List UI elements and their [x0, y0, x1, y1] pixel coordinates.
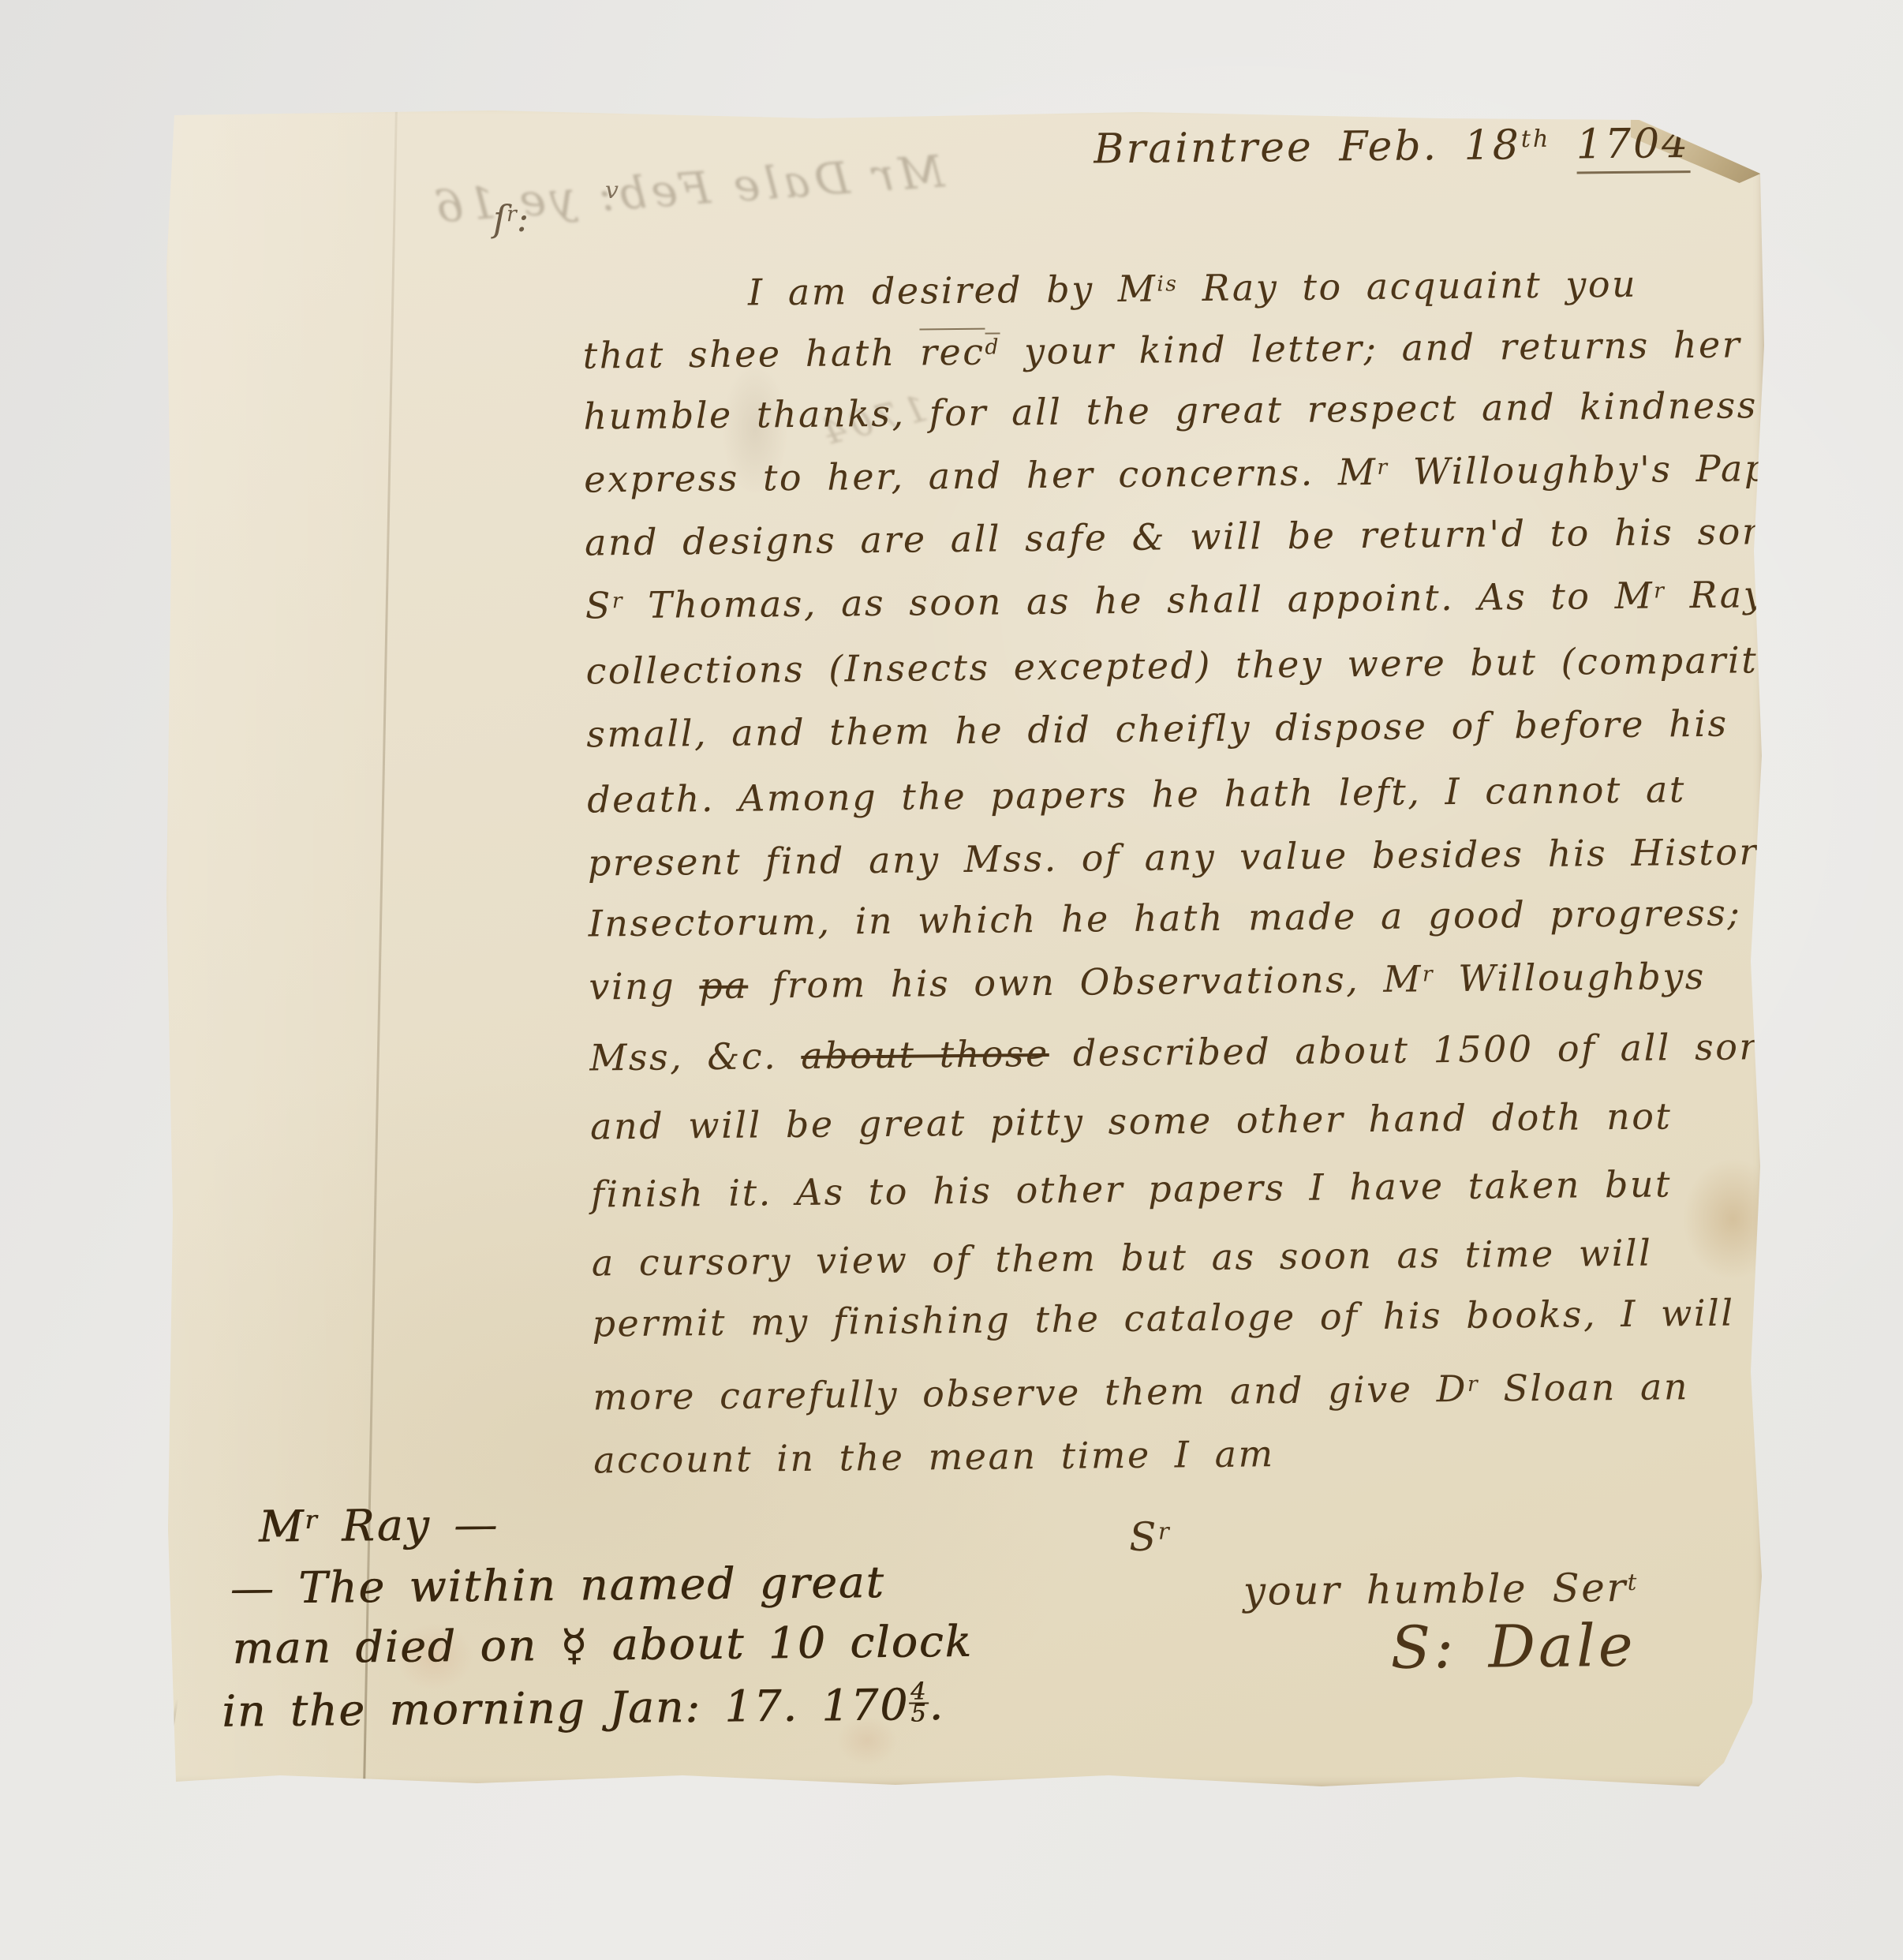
text-segment: express to her, and her concerns. M [584, 451, 1378, 501]
closing-valediction: your humble Sert [1243, 1568, 1639, 1611]
text-segment: rec [920, 328, 985, 374]
text-segment: I am desired by M [748, 267, 1157, 314]
letter-line: that shee hath recd your kind letter; an… [583, 326, 1742, 373]
text-segment: humble thanks, for all the great respect… [583, 383, 1853, 437]
letter-paper: Mr Dale Feb: ye 16 1704 ſr: v Braintree … [162, 109, 1765, 1791]
text-segment: Sloan an [1479, 1365, 1689, 1410]
text-segment: Braintree Feb. 18 [1094, 122, 1521, 173]
text-segment: S [585, 584, 613, 627]
text-segment: — The within named great [230, 1557, 884, 1614]
text-segment: present find any Mss. of any value besid… [588, 830, 1769, 884]
letter-line: present find any Mss. of any value besid… [588, 833, 1768, 881]
text-segment: collections (Insects excepted) they were… [585, 638, 1870, 693]
letter-line: ving pa from his own Observations, Mr Wi… [589, 958, 1706, 1005]
text-segment: r [1467, 1371, 1480, 1396]
letter-body: I am desired by Mis Ray to acquaint yout… [155, 102, 1758, 118]
text-segment: Mss, &c. [589, 1034, 802, 1079]
letter-line: small, and them he did cheifly dispose o… [586, 705, 1729, 753]
text-segment: in the morning Jan: 17. 170 [222, 1679, 910, 1736]
letter-line: account in the mean time I am [593, 1435, 1275, 1478]
signature: S: Dale [1390, 1617, 1636, 1678]
text-segment: 45 [909, 1681, 929, 1724]
annotation-line: man died on ☿ about 10 clock [232, 1620, 973, 1670]
letter-line: Insectorum, in which he hath made a good… [588, 893, 1828, 941]
text-segment: small, and them he did cheifly dispose o… [586, 702, 1729, 756]
text-segment: t [1627, 1568, 1638, 1595]
text-segment [1550, 121, 1576, 168]
annotation-line: in the morning Jan: 17. 17045. [222, 1681, 944, 1733]
letter-line: and will be great pitty some other hand … [590, 1098, 1673, 1144]
text-segment: Insectorum, in which he hath made a good… [588, 890, 1828, 944]
letter-line: a cursory view of them but as soon as ti… [592, 1235, 1653, 1281]
text-segment: pa [699, 964, 748, 1008]
photo-background: Mr Dale Feb: ye 16 1704 ſr: v Braintree … [0, 0, 1903, 1960]
letter-line: and designs are all safe & will be retur… [585, 513, 1767, 560]
letter-ink-layer: Braintree Feb. 18th 1704 I am desired by… [155, 102, 1774, 1799]
text-segment: r [1423, 962, 1435, 986]
letter-line: death. Among the papers he hath left, I … [587, 771, 1686, 817]
letter-line: Sr Thomas, as soon as he shall appoint. … [585, 576, 1787, 624]
dateline: Braintree Feb. 18th 1704 [1094, 123, 1690, 170]
text-segment: that shee hath [583, 331, 921, 376]
text-segment: ☿ [560, 1620, 589, 1670]
postscript-annotation: Mr Ray —— The within named greatman died… [155, 102, 1758, 118]
letter-line: Mss, &c. about those described about 150… [589, 1028, 1796, 1076]
closing-salutation: Sr [1129, 1517, 1172, 1557]
text-segment: is [1157, 271, 1179, 296]
text-segment: r [1158, 1517, 1172, 1544]
text-segment: Willoughby's Papers [1389, 446, 1833, 492]
text-segment: about those [801, 1032, 1049, 1077]
text-segment: r [1654, 578, 1666, 603]
text-segment: S: Dale [1390, 1612, 1636, 1682]
letter-line: humble thanks, for all the great respect… [583, 386, 1853, 434]
text-segment: . [929, 1679, 944, 1730]
text-segment: and designs are all safe & will be retur… [585, 510, 1767, 563]
text-segment: Rays [1666, 573, 1786, 616]
annotation-line: — The within named great [230, 1561, 884, 1610]
text-segment: Ray — [318, 1499, 499, 1551]
text-segment: r [1377, 454, 1389, 479]
text-segment: d [985, 332, 1000, 359]
text-segment: Ray to acquaint you [1178, 263, 1637, 310]
annotation-line: Mr Ray — [259, 1503, 499, 1549]
text-segment: ving [589, 964, 699, 1008]
text-segment: from his own Observations, M [748, 957, 1423, 1006]
letter-line: collections (Insects excepted) they were… [585, 641, 1870, 690]
letter-line: express to her, and her concerns. Mr Wil… [584, 449, 1833, 497]
text-segment: described about 1500 of all sorts [1049, 1025, 1796, 1075]
text-segment: Thomas, as soon as he shall appoint. As … [624, 574, 1654, 627]
text-segment: a cursory view of them but as soon as ti… [592, 1232, 1653, 1285]
letter-line: permit my finishing the cataloge of his … [592, 1295, 1734, 1342]
text-segment: M [259, 1501, 305, 1552]
letter-line: I am desired by Mis Ray to acquaint you [748, 266, 1638, 311]
text-segment: Willoughbys [1434, 955, 1706, 1000]
text-segment: permit my finishing the cataloge of his … [592, 1292, 1735, 1345]
text-segment: your humble Ser [1243, 1565, 1628, 1614]
text-segment: r [305, 1505, 319, 1535]
text-segment: account in the mean time I am [593, 1432, 1275, 1481]
text-segment: your kind letter; and returns her [1000, 323, 1742, 372]
text-segment: more carefully observe them and give D [593, 1367, 1467, 1419]
text-segment: 1704 [1576, 120, 1691, 174]
text-segment: and will be great pitty some other hand … [590, 1094, 1673, 1147]
text-segment: th [1521, 125, 1551, 153]
letter-line: finish it. As to his other papers I have… [591, 1165, 1672, 1212]
text-segment: death. Among the papers he hath left, I … [587, 768, 1686, 821]
text-segment: S [1129, 1514, 1158, 1560]
text-segment: r [612, 589, 625, 613]
text-segment: finish it. As to his other papers I have… [591, 1162, 1673, 1215]
text-segment: man died on [232, 1620, 561, 1674]
letter-line: more carefully observe them and give Dr … [593, 1368, 1689, 1415]
text-segment: about 10 clock [589, 1616, 973, 1670]
